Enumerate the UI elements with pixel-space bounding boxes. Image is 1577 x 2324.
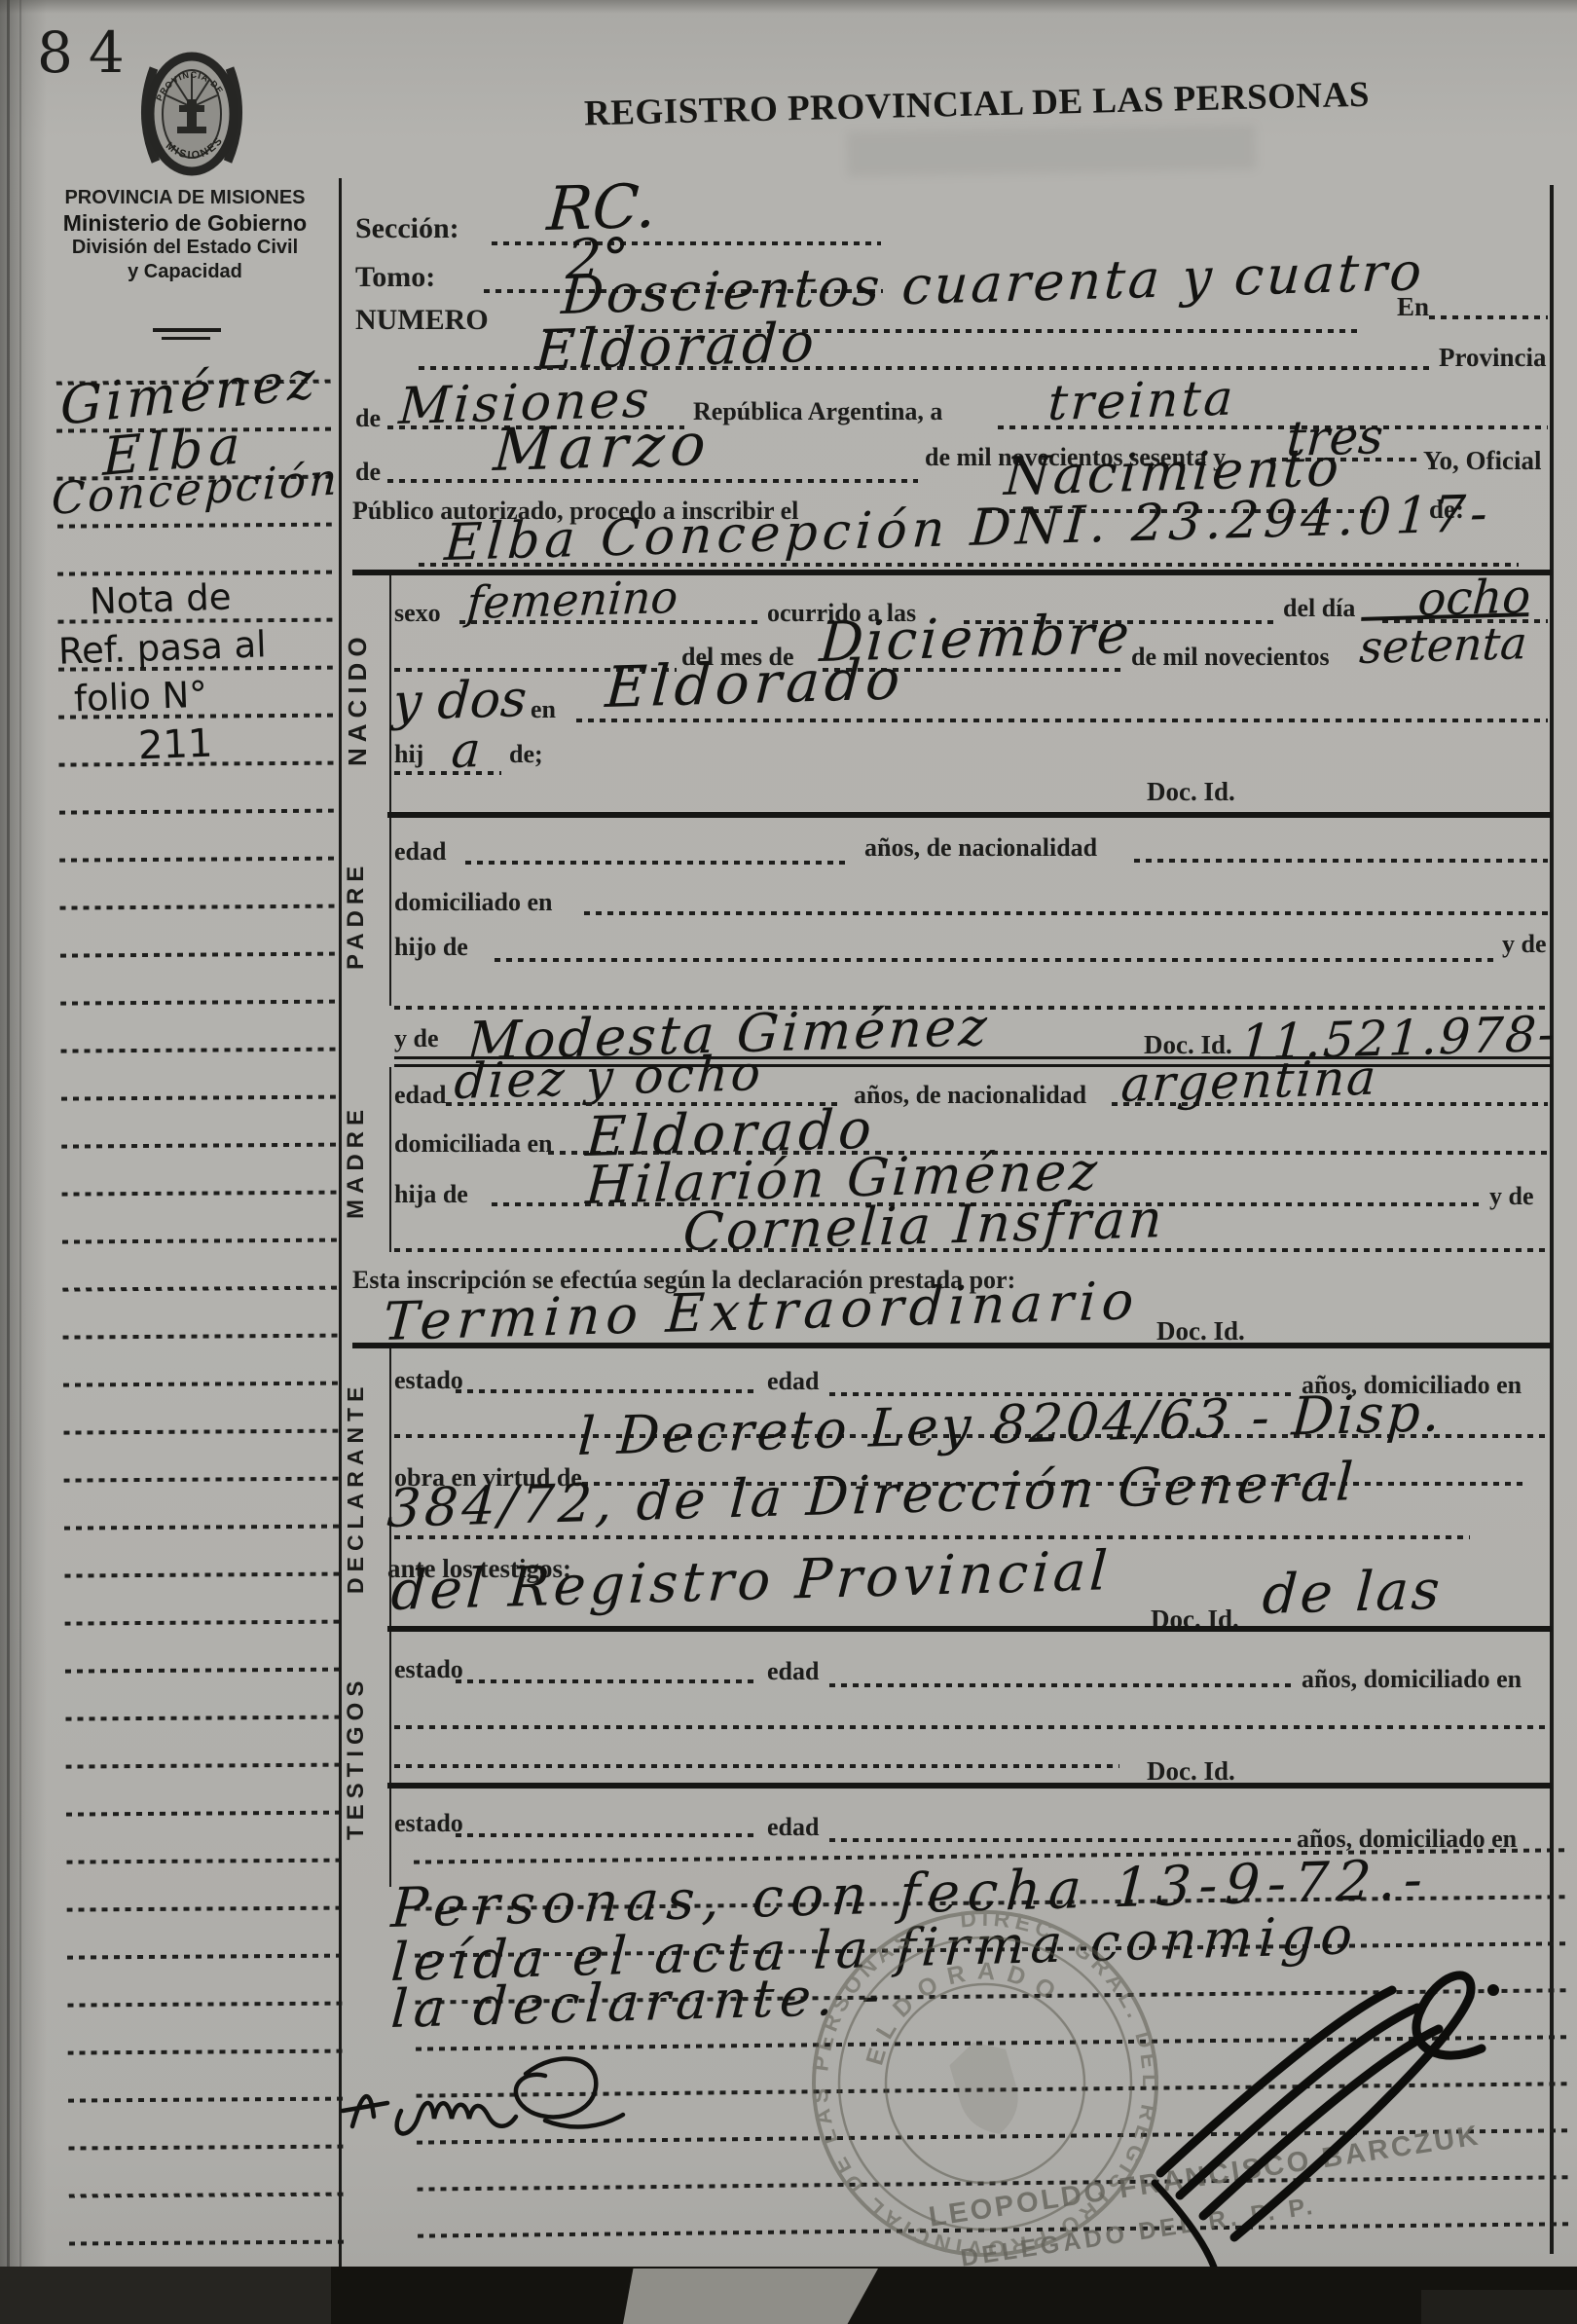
photo-bottom-band-left — [0, 2267, 331, 2324]
photo-bottom-tab — [623, 2269, 878, 2324]
scanned-birth-record: 84 REGISTRO PROVINCIAL DE LAS PERSONAS P… — [0, 0, 1577, 2324]
photo-bottom-right-sliver — [1421, 2290, 1577, 2324]
round-stamp-shield — [945, 2034, 1028, 2142]
